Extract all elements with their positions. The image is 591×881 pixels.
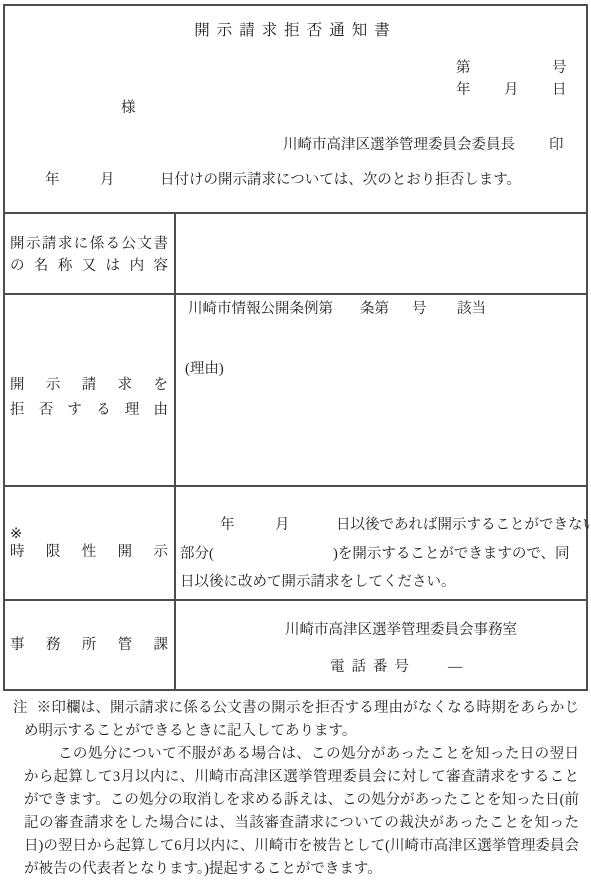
ordinance-text: 川崎市情報公開条例第 (188, 301, 333, 318)
phone-number-label: 電話番号 (330, 659, 416, 676)
table-column-divider (174, 212, 176, 691)
footnotes: 注※印欄は、開示請求に係る公文書の開示を拒否する理由がなくなる時期をあらかじめ明… (13, 697, 579, 881)
table-line-header-bottom (4, 212, 587, 214)
date-year-label: 年 (456, 82, 471, 99)
footnote-marker: 注 (13, 700, 28, 716)
footnote-paragraph-1: 注※印欄は、開示請求に係る公文書の開示を拒否する理由がなくなる時期をあらかじめ明… (13, 697, 579, 743)
table-line-row2-bottom (4, 485, 587, 487)
row1-label-line2: の名称又は内容 (10, 258, 168, 275)
doc-number-suffix: 号 (552, 60, 567, 77)
reason-heading: (理由) (185, 361, 224, 378)
office-name: 川崎市高津区選挙管理委員会事務室 (285, 622, 517, 639)
row3-line3-text: 日以後に改めて開示請求をしてください。 (180, 574, 456, 591)
issuer-name: 川崎市高津区選挙管理委員会委員長 (283, 137, 515, 154)
row4-label: 事務所管課 (10, 637, 168, 654)
intro-text: 日付けの開示請求については、次のとおり拒否します。 (160, 172, 521, 189)
row1-label-line1: 開示請求に係る公文書 (10, 236, 168, 253)
row2-label-line1: 開示請求を (10, 377, 168, 394)
document-title: 開示請求拒否通知書 (0, 22, 591, 40)
intro-year-label: 年 (45, 172, 60, 189)
date-month-label: 月 (504, 82, 519, 99)
row3-line2-open: 部分( (180, 546, 214, 563)
table-line-row1-bottom (4, 293, 587, 295)
ordinance-item-label: 号 (412, 301, 427, 318)
ordinance-article-label: 条第 (360, 301, 389, 318)
scanned-document-page: { "document": { "title": "開示請求拒否通知書", "d… (0, 0, 591, 877)
footnote-paragraph-2: この処分について不服がある場合は、この処分があったことを知った日の翌日から起算し… (13, 743, 579, 881)
intro-month-label: 月 (100, 172, 115, 189)
row3-asterisk-mark: ※ (10, 526, 22, 543)
date-day-label: 日 (552, 82, 567, 99)
phone-number-dash: ― (448, 659, 463, 676)
ordinance-applicable-label: 該当 (457, 301, 486, 318)
footnote-text-1: ※印欄は、開示請求に係る公文書の開示を拒否する理由がなくなる時期をあらかじめ明示… (24, 700, 579, 739)
seal-mark: 印 (549, 137, 564, 154)
row3-line2-text: )を開示することができますので、同 (333, 546, 570, 563)
row3-label: 時限性開示 (10, 544, 168, 561)
row3-line1-text: 日以後であれば開示することができない (336, 517, 591, 534)
doc-number-prefix: 第 (456, 60, 471, 77)
row2-label-line2: 拒否する理由 (10, 402, 168, 419)
row3-year-label: 年 (220, 517, 235, 534)
row3-month-label: 月 (275, 517, 290, 534)
addressee-suffix: 様 (121, 100, 136, 117)
table-line-row3-bottom (4, 599, 587, 601)
